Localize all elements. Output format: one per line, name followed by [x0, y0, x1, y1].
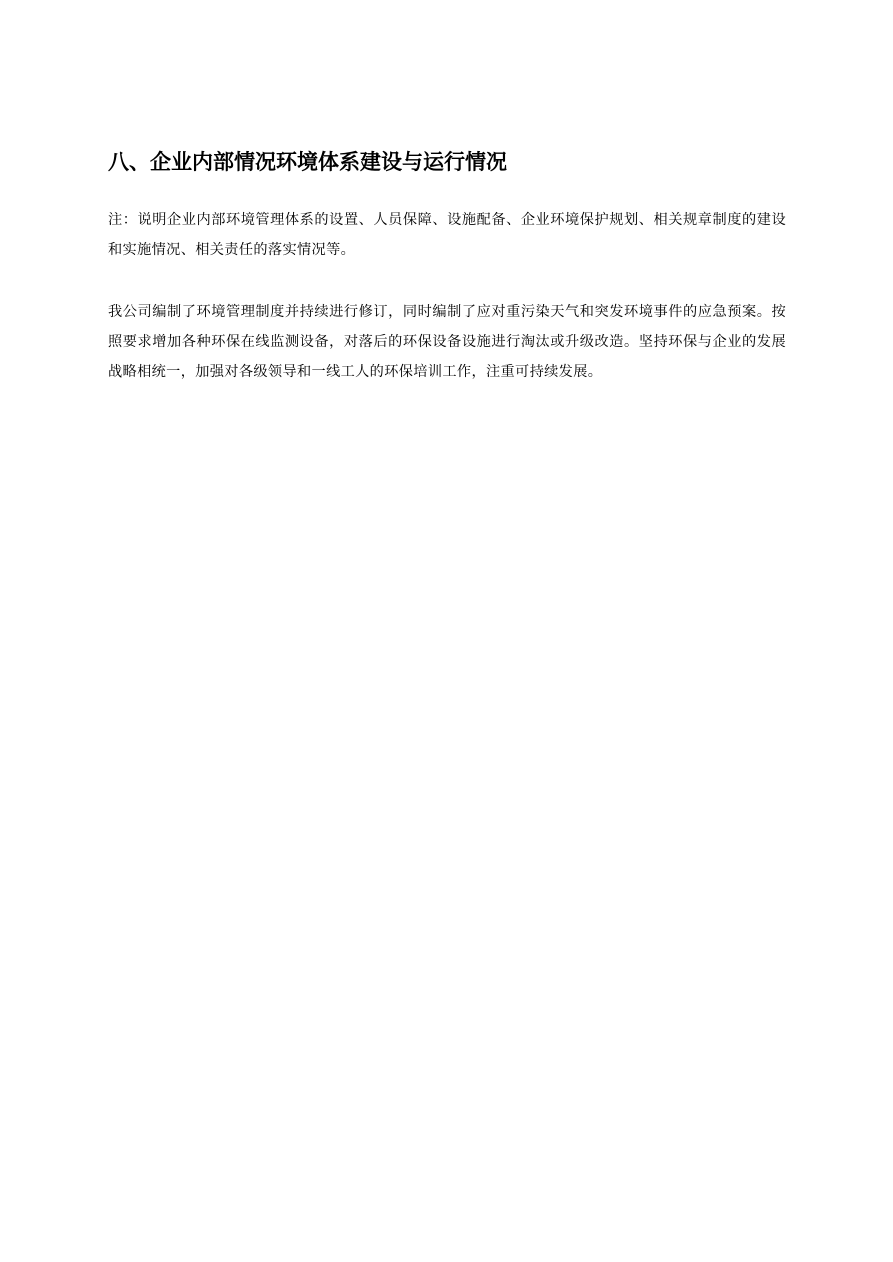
body-paragraph: 我公司编制了环境管理制度并持续进行修订，同时编制了应对重污染天气和突发环境事件的… [108, 297, 786, 387]
document-page: 八、企业内部情况环境体系建设与运行情况 注：说明企业内部环境管理体系的设置、人员… [0, 0, 893, 1262]
section-note: 注：说明企业内部环境管理体系的设置、人员保障、设施配备、企业环境保护规划、相关规… [108, 205, 786, 265]
section-title: 八、企业内部情况环境体系建设与运行情况 [108, 147, 507, 177]
